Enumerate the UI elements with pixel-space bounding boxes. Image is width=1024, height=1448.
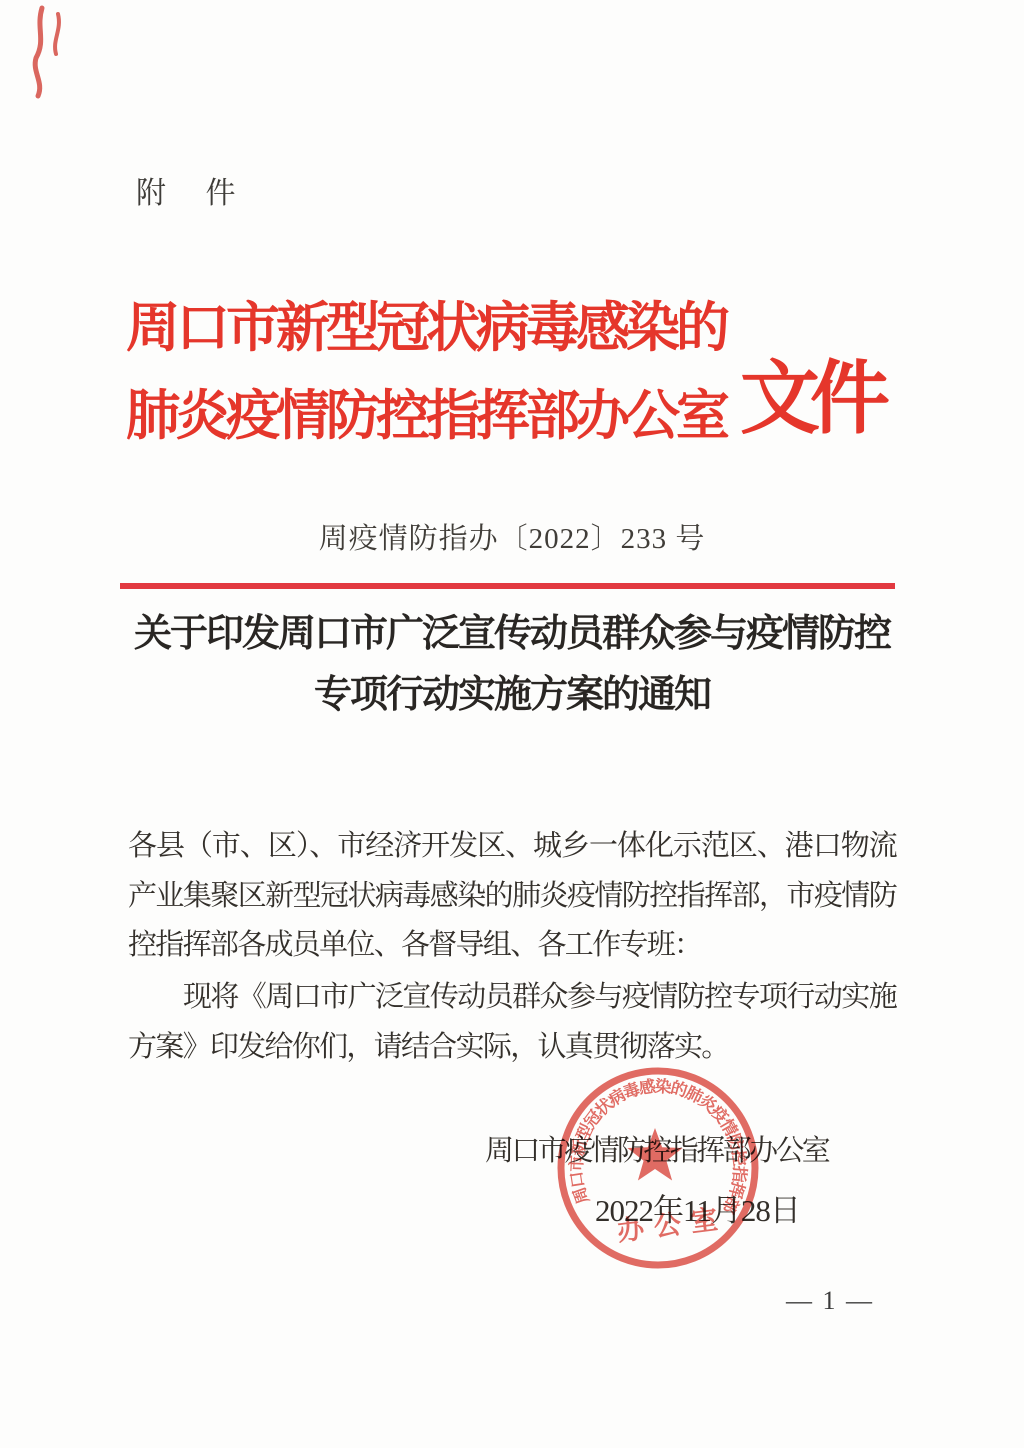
notice-title-line1: 关于印发周口市广泛宣传动员群众参与疫情防控 bbox=[0, 604, 1024, 665]
letterhead-org-line1: 周口市新型冠状病毒感染的 bbox=[126, 300, 746, 357]
body-line: 方案》印发给你们，请结合实际，认真贯彻落实。 bbox=[128, 1023, 896, 1073]
letterhead-org-line2: 肺炎疫情防控指挥部办公室 bbox=[126, 388, 746, 445]
letterhead-document-word: 文件 bbox=[740, 334, 880, 449]
body-line: 产业集聚区新型冠状病毒感染的肺炎疫情防控指挥部，市疫情防 bbox=[128, 872, 896, 922]
seal-bottom-text: 办公室 bbox=[615, 1203, 729, 1246]
document-number: 周疫情防指办〔2022〕233 号 bbox=[0, 516, 1024, 557]
red-separator-rule bbox=[120, 583, 895, 589]
seal-star bbox=[627, 1128, 682, 1181]
body-line: 控指挥部各成员单位、各督导组、各工作专班： bbox=[128, 921, 896, 971]
letterhead-org-title: 周口市新型冠状病毒感染的 肺炎疫情防控指挥部办公室 bbox=[126, 300, 746, 445]
body-paragraph-instruction: 现将《周口市广泛宣传动员群众参与疫情防控专项行动实施 方案》印发给你们，请结合实… bbox=[128, 973, 896, 1072]
body-line: 现将《周口市广泛宣传动员群众参与疫情防控专项行动实施 bbox=[128, 973, 896, 1023]
body-line: 各县（市、区）、市经济开发区、城乡一体化示范区、港口物流 bbox=[128, 822, 896, 872]
notice-title-line2: 专项行动实施方案的通知 bbox=[0, 665, 1024, 726]
notice-title: 关于印发周口市广泛宣传动员群众参与疫情防控 专项行动实施方案的通知 bbox=[0, 604, 1024, 726]
attachment-label: 附 件 bbox=[136, 168, 252, 212]
body-paragraph-addressees: 各县（市、区）、市经济开发区、城乡一体化示范区、港口物流 产业集聚区新型冠状病毒… bbox=[128, 822, 896, 971]
red-ink-scribble bbox=[22, 2, 82, 102]
page-number: — 1 — bbox=[786, 1286, 874, 1316]
official-seal-stamp: 周口市新型冠状病毒感染的肺炎疫情防控指挥部 办公室 bbox=[552, 1062, 764, 1274]
